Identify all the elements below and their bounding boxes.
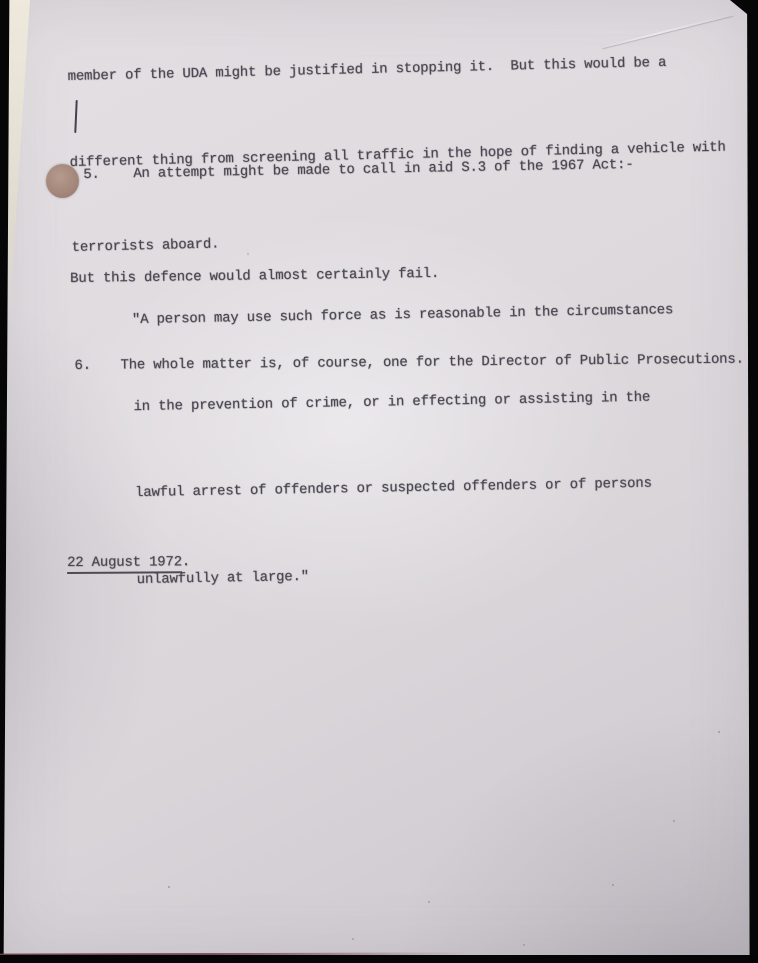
- paragraph-text: An attempt might be made to call in aid …: [133, 157, 634, 182]
- date-line: 22 August 1972.: [67, 553, 190, 572]
- date-period: .: [182, 554, 190, 570]
- quote-line: lawful arrest of offenders or suspected …: [135, 468, 677, 508]
- quote-line: unlawfully at large.": [136, 555, 678, 595]
- paragraph-number: 5.: [83, 160, 134, 189]
- date-text: 22 August 1972: [67, 554, 182, 574]
- statute-quote-block: "A person may use such force as is reaso…: [131, 239, 680, 651]
- paragraph-text: The whole matter is, of course, one for …: [120, 352, 743, 374]
- paragraph-6: 6.The whole matter is, of course, one fo…: [74, 310, 744, 416]
- text-line: member of the UDA might be justified in …: [67, 48, 724, 92]
- scanned-document-page: member of the UDA might be justified in …: [0, 0, 758, 963]
- scan-edge-bottom: [0, 955, 758, 963]
- text-line: 6.The whole matter is, of course, one fo…: [74, 350, 743, 376]
- paragraph-number: 6.: [74, 356, 120, 376]
- text-line: 5.An attempt might be made to call in ai…: [83, 150, 671, 189]
- paper-sheet: member of the UDA might be justified in …: [0, 0, 758, 963]
